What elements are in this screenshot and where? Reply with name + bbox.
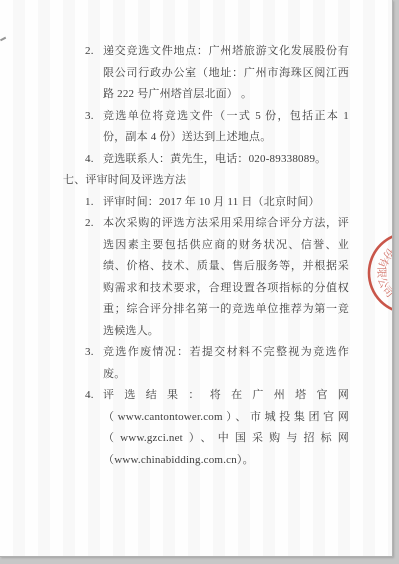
- list-item-text: 竞选联系人：黄先生，电话：020-89338089。: [103, 149, 349, 171]
- list-item-number: 1.: [85, 192, 103, 214]
- svg-text:份有限公司: 份有限公司: [375, 246, 392, 301]
- document-content: 2. 递交竞选文件地点：广州塔旅游文化发展股份有限公司行政办公室（地址：广州市海…: [63, 41, 349, 471]
- document-page: 2. 递交竞选文件地点：广州塔旅游文化发展股份有限公司行政办公室（地址：广州市海…: [0, 0, 393, 557]
- list-item-number: 3.: [85, 106, 103, 128]
- list-item-text: 递交竞选文件地点：广州塔旅游文化发展股份有限公司行政办公室（地址：广州市海珠区阅…: [103, 41, 349, 106]
- list-item: 2. 本次采购的评选方法采用采用综合评分方法，评选因素主要包括供应商的财务状况、…: [63, 213, 349, 342]
- list-item: 1. 评审时间：2017 年 10 月 11 日（北京时间）: [63, 192, 349, 214]
- list-item-text: 竞选单位将竞选文件（一式 5 份，包括正本 1 份，副本 4 份）送达到上述地点…: [103, 106, 349, 149]
- scan-artifact: [0, 37, 6, 41]
- scan-background: 2. 递交竞选文件地点：广州塔旅游文化发展股份有限公司行政办公室（地址：广州市海…: [0, 0, 399, 564]
- list-item: 4. 竞选联系人：黄先生，电话：020-89338089。: [63, 149, 349, 171]
- list-item-text: 本次采购的评选方法采用采用综合评分方法，评选因素主要包括供应商的财务状况、信誉、…: [103, 213, 349, 342]
- company-seal-stamp: 份有限公司: [364, 230, 392, 318]
- list-item: 2. 递交竞选文件地点：广州塔旅游文化发展股份有限公司行政办公室（地址：广州市海…: [63, 41, 349, 106]
- section-heading: 七、评审时间及评选方法: [63, 170, 349, 192]
- list-item: 3. 竞选作废情况：若提交材料不完整视为竞选作废。: [63, 342, 349, 385]
- list-item-number: 3.: [85, 342, 103, 364]
- list-item-number: 4.: [85, 385, 103, 407]
- list-item: 4. 评选结果：将在广州塔官网（www.cantontower.com）、市城投…: [63, 385, 349, 471]
- list-item-text: 竞选作废情况：若提交材料不完整视为竞选作废。: [103, 342, 349, 385]
- list-item-text: 评选结果：将在广州塔官网（www.cantontower.com）、市城投集团官…: [103, 385, 349, 471]
- list-item-number: 2.: [85, 213, 103, 235]
- list-item-number: 4.: [85, 149, 103, 171]
- seal-text: 份有限公司: [375, 246, 392, 301]
- list-item-number: 2.: [85, 41, 103, 63]
- list-item-text: 评审时间：2017 年 10 月 11 日（北京时间）: [103, 192, 349, 214]
- list-item: 3. 竞选单位将竞选文件（一式 5 份，包括正本 1 份，副本 4 份）送达到上…: [63, 106, 349, 149]
